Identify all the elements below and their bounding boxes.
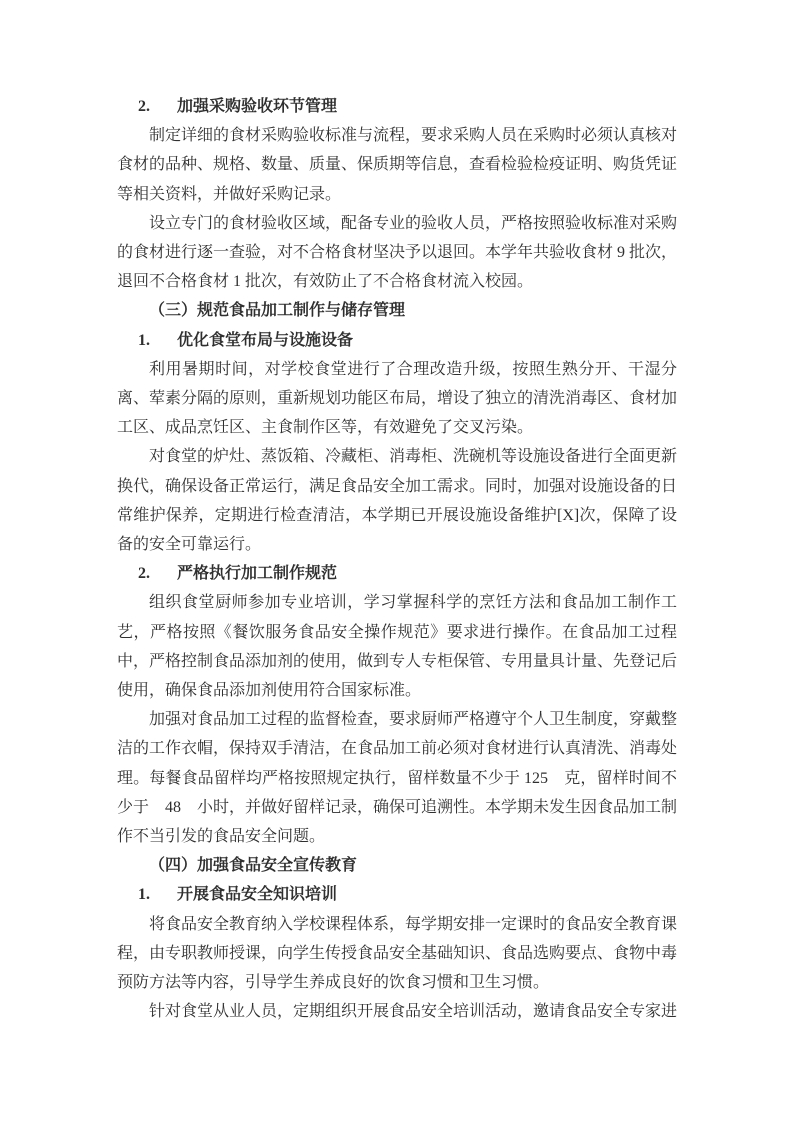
heading-title: 严格执行加工制作规范 [177, 565, 337, 582]
heading-number: 2. [138, 92, 177, 121]
heading-title: 开展食品安全知识培训 [177, 886, 337, 903]
heading-title: 优化食堂布局与设施设备 [177, 332, 353, 349]
heading-processing-standards: 2.严格执行加工制作规范 [117, 559, 677, 588]
heading-food-safety-knowledge-training: 1.开展食品安全知识培训 [117, 880, 677, 909]
para-staff-training: 针对食堂从业人员，定期组织开展食品安全培训活动，邀请食品安全专家进 [117, 997, 677, 1026]
heading-section3-processing-storage: （三）规范食品加工制作与储存管理 [117, 296, 677, 325]
para-layout-renovation: 利用暑期时间，对学校食堂进行了合理改造升级，按照生熟分开、干湿分离、荤素分隔的原… [117, 355, 677, 443]
para-chef-training: 组织食堂厨师参加专业培训，学习掌握科学的烹饪方法和食品加工制作工艺，严格按照《餐… [117, 588, 677, 705]
para-processing-supervision: 加强对食品加工过程的监督检查，要求厨师严格遵守个人卫生制度，穿戴整洁的工作衣帽，… [117, 705, 677, 851]
document-content: 2.加强采购验收环节管理 制定详细的食材采购验收标准与流程，要求采购人员在采购时… [117, 92, 677, 1027]
heading-strengthen-purchase-acceptance: 2.加强采购验收环节管理 [117, 92, 677, 121]
document-page: 2.加强采购验收环节管理 制定详细的食材采购验收标准与流程，要求采购人员在采购时… [0, 0, 793, 1122]
heading-title: 加强采购验收环节管理 [177, 98, 337, 115]
para-acceptance-standards: 制定详细的食材采购验收标准与流程，要求采购人员在采购时必须认真核对食材的品种、规… [117, 121, 677, 209]
para-safety-curriculum: 将食品安全教育纳入学校课程体系，每学期安排一定课时的食品安全教育课程，由专职教师… [117, 910, 677, 998]
heading-optimize-canteen-layout: 1.优化食堂布局与设施设备 [117, 326, 677, 355]
heading-number: 1. [138, 880, 177, 909]
para-equipment-upgrade: 对食堂的炉灶、蒸饭箱、冷藏柜、消毒柜、洗碗机等设施设备进行全面更新换代，确保设备… [117, 442, 677, 559]
heading-number: 2. [138, 559, 177, 588]
heading-section4-publicity-education: （四）加强食品安全宣传教育 [117, 851, 677, 880]
heading-number: 1. [138, 326, 177, 355]
para-acceptance-area: 设立专门的食材验收区域，配备专业的验收人员，严格按照验收标准对采购的食材进行逐一… [117, 209, 677, 297]
